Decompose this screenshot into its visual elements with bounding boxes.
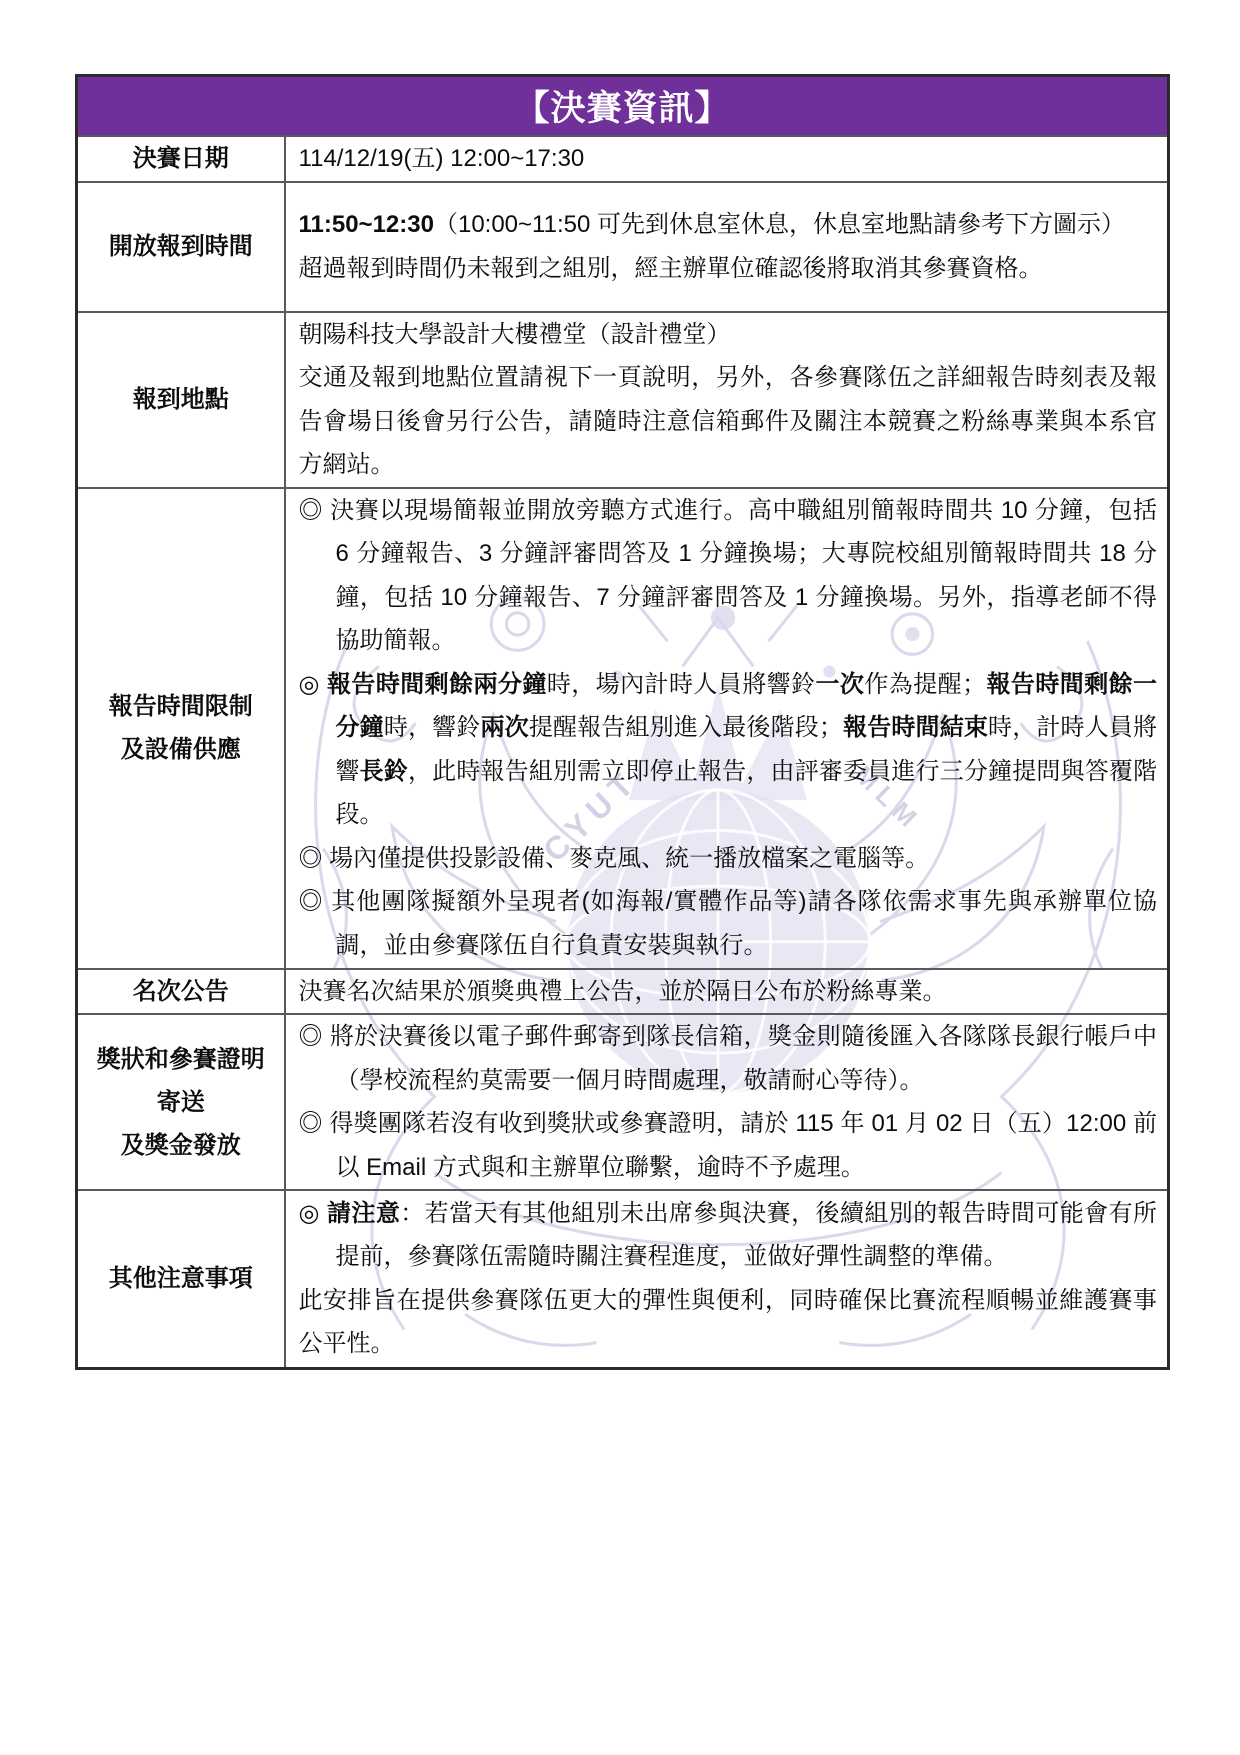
text-run: 作為提醒； (864, 671, 986, 698)
table-row-check-in-location: 報到地點 朝陽科技大學設計大樓禮堂（設計禮堂） 交通及報到地點位置請視下一頁說明… (77, 312, 1169, 488)
cell-other-notes: ◎ 請注意：若當天有其他組別未出席參與決賽，後續組別的報告時間可能會有所提前，參… (285, 1190, 1169, 1368)
text-run: ，此時報告組別需立即停止報告，由評審委員進行三分鐘提問與答覆階段。 (336, 758, 1158, 829)
text-run: 時，場內計時人員將響鈴 (547, 671, 816, 698)
paragraph: 此安排旨在提供參賽隊伍更大的彈性與便利，同時確保比賽流程順暢並維護賽事公平性。 (299, 1279, 1158, 1366)
text-run: ◎ 得獎團隊若沒有收到獎狀或參賽證明，請於 115 年 01 月 02 日（五）… (299, 1110, 1158, 1181)
table-row-time-limit-equipment: 報告時間限制 及設備供應 ◎ 決賽以現場簡報並開放旁聽方式進行。高中職組別簡報時… (77, 488, 1169, 969)
text-run: 時，響鈴 (384, 714, 481, 741)
text-run: 114/12/19(五) 12:00~17:30 (299, 145, 585, 172)
paragraph: 11:50~12:30（10:00~11:50 可先到休息室休息，休息室地點請參… (299, 203, 1158, 247)
row-label-certificates-prizes: 獎狀和參賽證明 寄送 及獎金發放 (77, 1014, 285, 1190)
finals-info-table: 【決賽資訊】 決賽日期 114/12/19(五) 12:00~17:30 開放報… (75, 74, 1170, 1370)
text-run: ：若當天有其他組別未出席參與決賽，後續組別的報告時間可能會有所提前，參賽隊伍需隨… (336, 1200, 1158, 1271)
cell-check-in-location: 朝陽科技大學設計大樓禮堂（設計禮堂） 交通及報到地點位置請視下一頁說明，另外，各… (285, 312, 1169, 488)
bold-text-run: 報告時間結束 (843, 714, 988, 741)
text-run: 提醒報告組別進入最後階段； (529, 714, 843, 741)
text-run: ◎ 決賽以現場簡報並開放旁聽方式進行。高中職組別簡報時間共 10 分鐘，包括 6… (299, 497, 1158, 655)
bullet-item: ◎ 決賽以現場簡報並開放旁聽方式進行。高中職組別簡報時間共 10 分鐘，包括 6… (299, 489, 1158, 663)
paragraph: 交通及報到地點位置請視下一頁說明，另外，各參賽隊伍之詳細報告時刻表及報告會場日後… (299, 356, 1158, 487)
bullet-item: ◎ 報告時間剩餘兩分鐘時，場內計時人員將響鈴一次作為提醒；報告時間剩餘一分鐘時，… (299, 663, 1158, 837)
text-run: ◎ 其他團隊擬額外呈現者(如海報/實體作品等)請各隊依需求事先與承辦單位協調，並… (299, 888, 1158, 959)
paragraph: 114/12/19(五) 12:00~17:30 (299, 137, 1158, 181)
document-page: CYUT MLM 【決賽資訊】 決賽日期 114/12/19(五) 12:00~… (0, 0, 1240, 1755)
cell-final-date: 114/12/19(五) 12:00~17:30 (285, 136, 1169, 182)
table-row-check-in-time: 開放報到時間 11:50~12:30（10:00~11:50 可先到休息室休息，… (77, 182, 1169, 312)
text-run: 決賽名次結果於頒獎典禮上公告，並於隔日公布於粉絲專業。 (299, 978, 947, 1005)
row-label-final-date: 決賽日期 (77, 136, 285, 182)
bullet-item: ◎ 其他團隊擬額外呈現者(如海報/實體作品等)請各隊依需求事先與承辦單位協調，並… (299, 880, 1158, 967)
cell-check-in-time: 11:50~12:30（10:00~11:50 可先到休息室休息，休息室地點請參… (285, 182, 1169, 312)
text-run: 朝陽科技大學設計大樓禮堂（設計禮堂） (299, 321, 731, 348)
cell-time-limit-equipment: ◎ 決賽以現場簡報並開放旁聽方式進行。高中職組別簡報時間共 10 分鐘，包括 6… (285, 488, 1169, 969)
table-row-other-notes: 其他注意事項 ◎ 請注意：若當天有其他組別未出席參與決賽，後續組別的報告時間可能… (77, 1190, 1169, 1368)
bullet-item: ◎ 將於決賽後以電子郵件郵寄到隊長信箱，獎金則隨後匯入各隊隊長銀行帳戶中（學校流… (299, 1015, 1158, 1102)
table-row-certificates-prizes: 獎狀和參賽證明 寄送 及獎金發放 ◎ 將於決賽後以電子郵件郵寄到隊長信箱，獎金則… (77, 1014, 1169, 1190)
text-run: ◎ 場內僅提供投影設備、麥克風、統一播放檔案之電腦等。 (299, 845, 930, 872)
row-label-check-in-time: 開放報到時間 (77, 182, 285, 312)
text-run: ◎ (299, 671, 327, 698)
table-header-row: 【決賽資訊】 (77, 76, 1169, 137)
paragraph: 超過報到時間仍未報到之組別，經主辦單位確認後將取消其參賽資格。 (299, 247, 1158, 291)
table-title: 【決賽資訊】 (77, 76, 1169, 137)
text-run: 交通及報到地點位置請視下一頁說明，另外，各參賽隊伍之詳細報告時刻表及報告會場日後… (299, 364, 1158, 478)
text-run: ◎ 將於決賽後以電子郵件郵寄到隊長信箱，獎金則隨後匯入各隊隊長銀行帳戶中（學校流… (299, 1023, 1158, 1094)
bullet-item: ◎ 請注意：若當天有其他組別未出席參與決賽，後續組別的報告時間可能會有所提前，參… (299, 1192, 1158, 1279)
bold-text-run: 一次 (816, 671, 865, 698)
row-label-other-notes: 其他注意事項 (77, 1190, 285, 1368)
text-run: ◎ (299, 1200, 327, 1227)
paragraph: 朝陽科技大學設計大樓禮堂（設計禮堂） (299, 313, 1158, 357)
bold-text-run: 長鈴 (360, 758, 408, 785)
paragraph: 決賽名次結果於頒獎典禮上公告，並於隔日公布於粉絲專業。 (299, 970, 1158, 1014)
cell-ranking-announcement: 決賽名次結果於頒獎典禮上公告，並於隔日公布於粉絲專業。 (285, 969, 1169, 1015)
bullet-item: ◎ 場內僅提供投影設備、麥克風、統一播放檔案之電腦等。 (299, 837, 1158, 881)
cell-certificates-prizes: ◎ 將於決賽後以電子郵件郵寄到隊長信箱，獎金則隨後匯入各隊隊長銀行帳戶中（學校流… (285, 1014, 1169, 1190)
bold-text-run: 請注意 (327, 1200, 400, 1227)
row-label-ranking-announcement: 名次公告 (77, 969, 285, 1015)
bold-text-run: 報告時間剩餘兩分鐘 (327, 671, 547, 698)
text-run: （10:00~11:50 可先到休息室休息，休息室地點請參考下方圖示） (434, 211, 1125, 238)
row-label-check-in-location: 報到地點 (77, 312, 285, 488)
bold-text-run: 11:50~12:30 (299, 211, 434, 238)
table-row-ranking-announcement: 名次公告 決賽名次結果於頒獎典禮上公告，並於隔日公布於粉絲專業。 (77, 969, 1169, 1015)
text-run: 此安排旨在提供參賽隊伍更大的彈性與便利，同時確保比賽流程順暢並維護賽事公平性。 (299, 1287, 1158, 1358)
row-label-time-limit-equipment: 報告時間限制 及設備供應 (77, 488, 285, 969)
text-run: 超過報到時間仍未報到之組別，經主辦單位確認後將取消其參賽資格。 (299, 255, 1043, 282)
table-row-final-date: 決賽日期 114/12/19(五) 12:00~17:30 (77, 136, 1169, 182)
bold-text-run: 兩次 (481, 714, 529, 741)
finals-info-table-wrap: 【決賽資訊】 決賽日期 114/12/19(五) 12:00~17:30 開放報… (75, 74, 1170, 1370)
bullet-item: ◎ 得獎團隊若沒有收到獎狀或參賽證明，請於 115 年 01 月 02 日（五）… (299, 1102, 1158, 1189)
